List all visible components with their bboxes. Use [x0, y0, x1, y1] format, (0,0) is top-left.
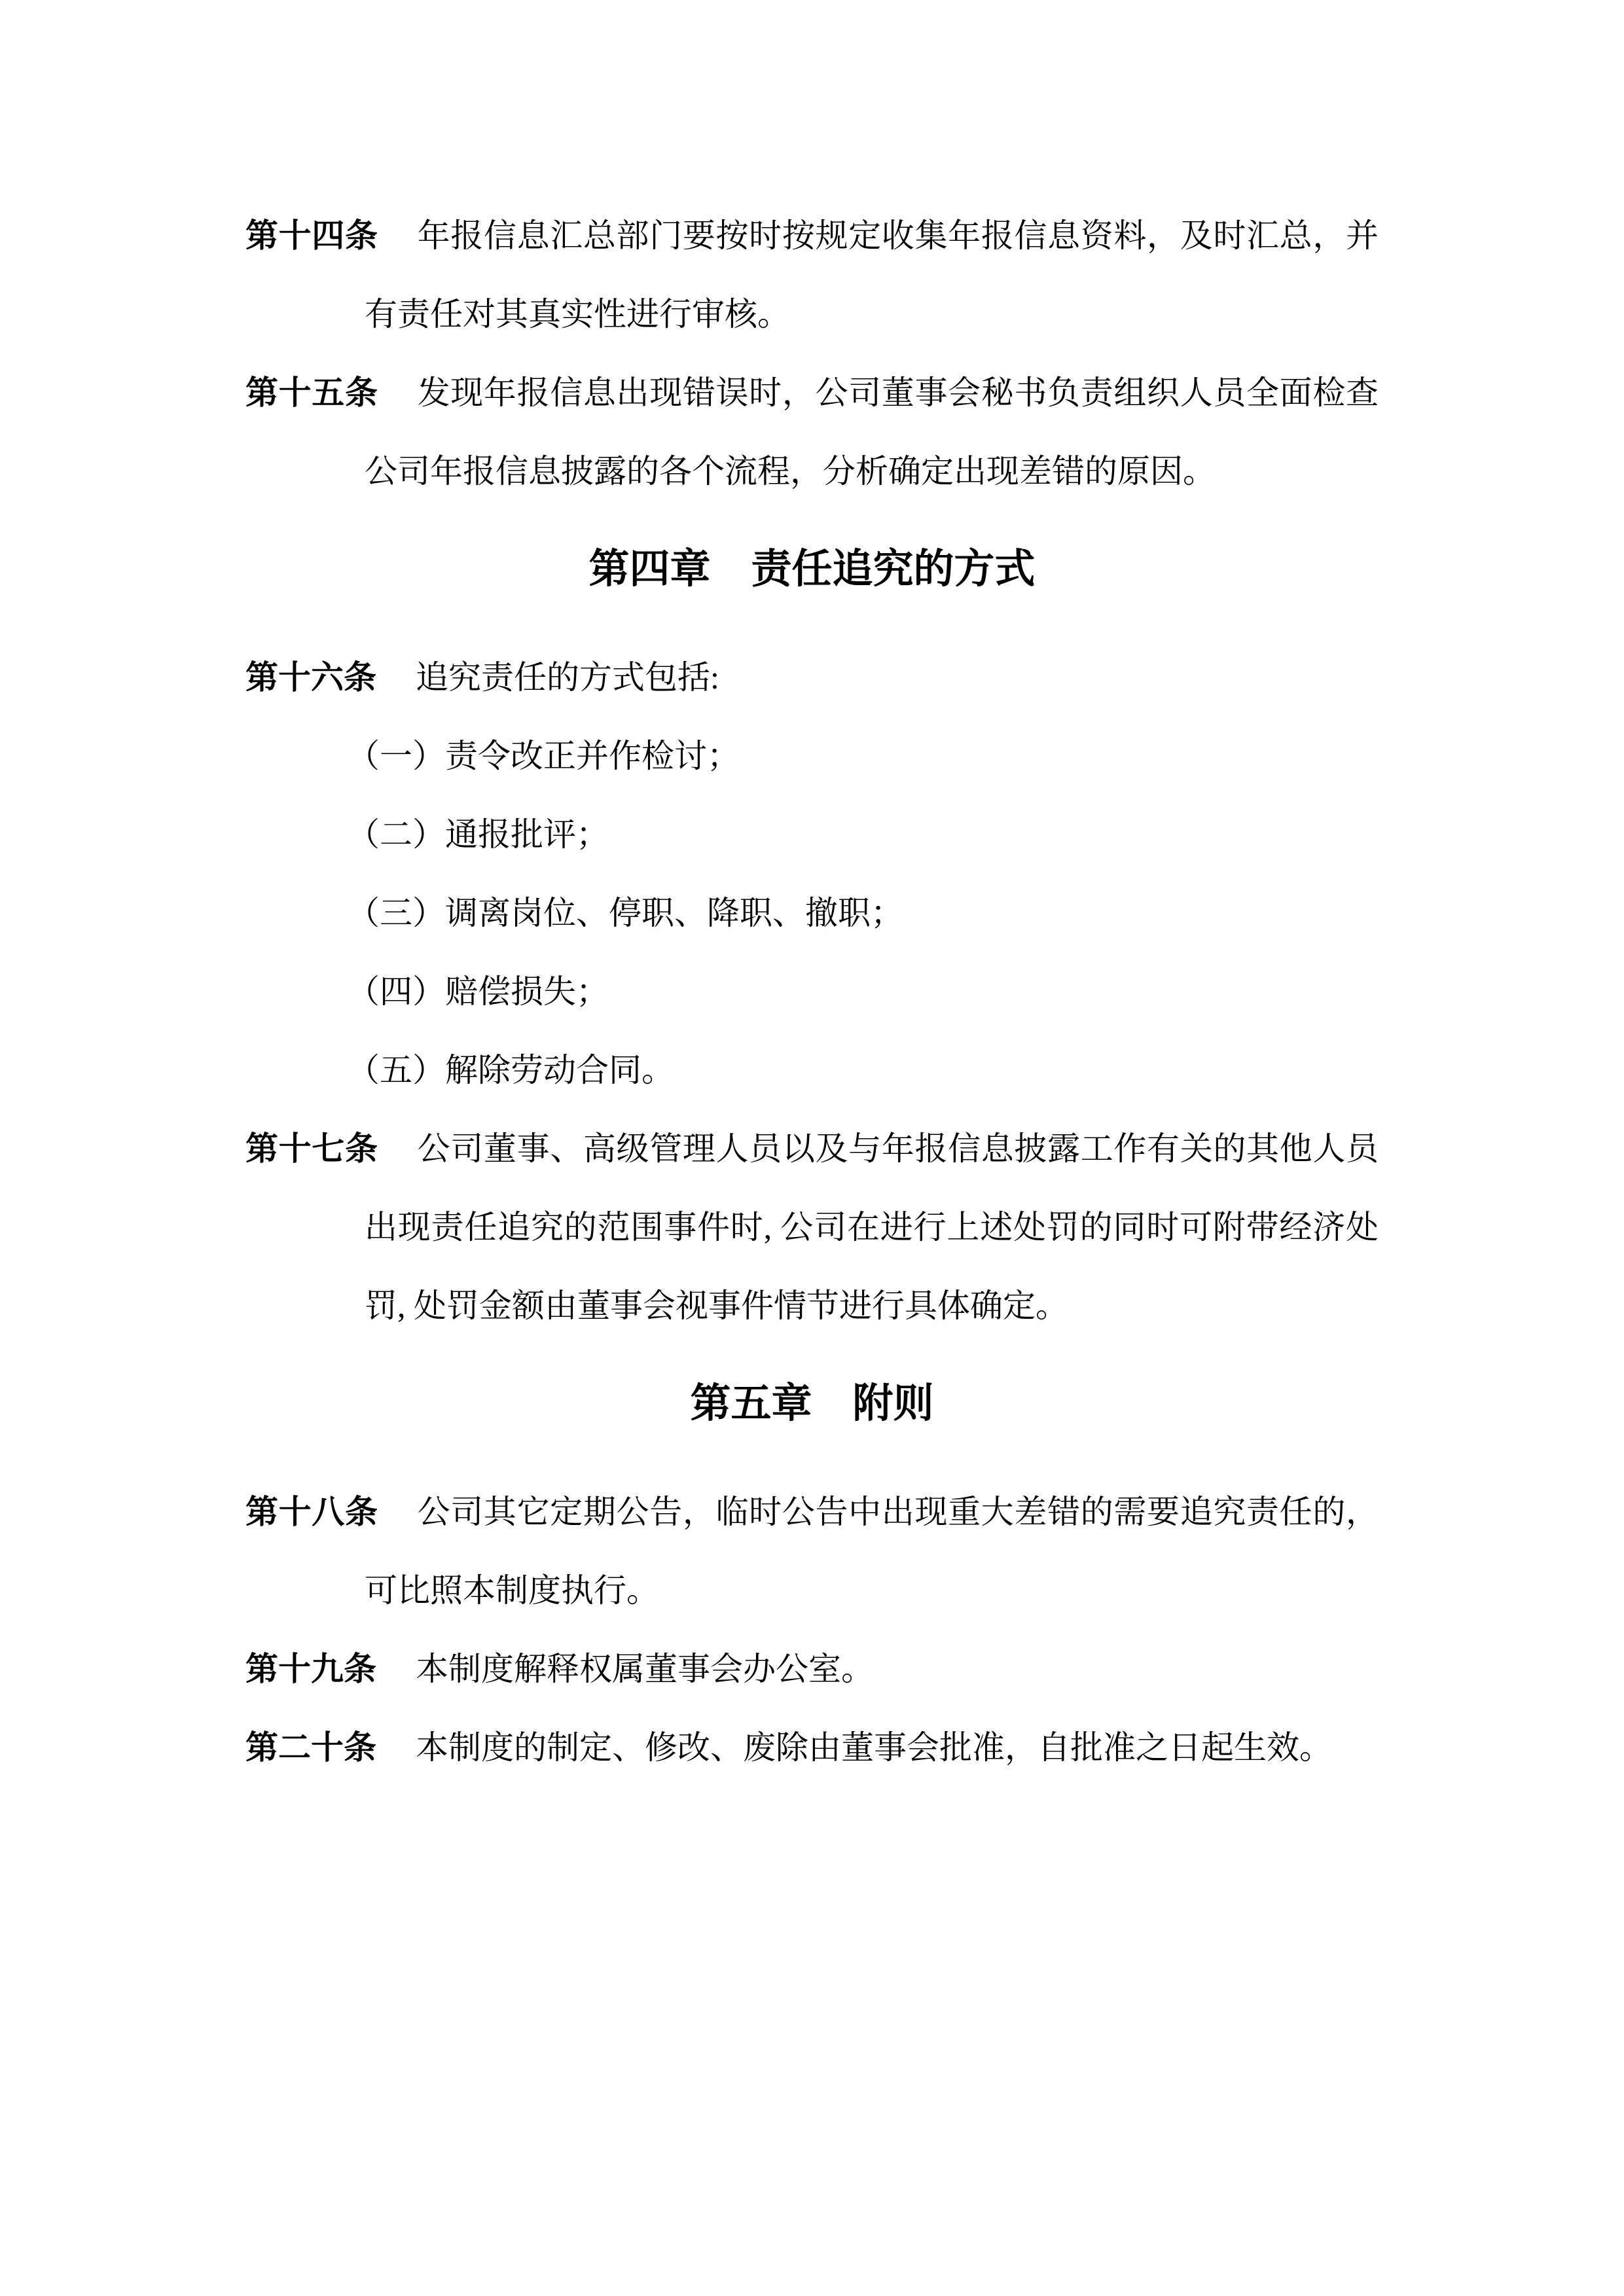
list-item-2: （二）通报批评；	[347, 795, 1379, 874]
article-17-number-label: 第十七条	[245, 1130, 378, 1167]
chapter-5-title: 附则	[853, 1381, 934, 1426]
article-17-continuation-line: 出现责任追究的范围事件时, 公司在进行上述处罚的同时可附带经济处	[365, 1188, 1379, 1266]
article-14: 第十四条年报信息汇总部门要按时按规定收集年报信息资料，及时汇总，并 有责任对其真…	[245, 196, 1379, 353]
article-18-continuation-line: 可比照本制度执行。	[365, 1551, 1379, 1630]
article-19-first-line: 第十九条本制度解释权属董事会办公室。	[245, 1630, 1379, 1708]
article-19-number-label: 第十九条	[245, 1651, 376, 1687]
article-15-continuation-line: 公司年报信息披露的各个流程，分析确定出现差错的原因。	[365, 432, 1379, 511]
article-14-first-line: 第十四条年报信息汇总部门要按时按规定收集年报信息资料，及时汇总，并	[245, 196, 1379, 275]
document-page: 第十四条年报信息汇总部门要按时按规定收集年报信息资料，及时汇总，并 有责任对其真…	[0, 0, 1624, 2296]
article-17-text: 公司董事、高级管理人员以及与年报信息披露工作有关的其他人员	[418, 1130, 1379, 1167]
chapter-4-title: 责任追究的方式	[751, 547, 1036, 592]
article-16-number-label: 第十六条	[245, 659, 376, 696]
article-17: 第十七条公司董事、高级管理人员以及与年报信息披露工作有关的其他人员 出现责任追究…	[245, 1109, 1379, 1345]
list-item-1: （一）责令改正并作检讨；	[347, 717, 1379, 795]
document-content: 第十四条年报信息汇总部门要按时按规定收集年报信息资料，及时汇总，并 有责任对其真…	[245, 196, 1379, 1787]
article-20: 第二十条本制度的制定、修改、废除由董事会批准，自批准之日起生效。	[245, 1708, 1379, 1787]
article-18-text: 公司其它定期公告，临时公告中出现重大差错的需要追究责任的，	[418, 1494, 1379, 1530]
article-19: 第十九条本制度解释权属董事会办公室。	[245, 1630, 1379, 1708]
article-17-continuation-line-2: 罚, 处罚金额由董事会视事件情节进行具体确定。	[365, 1266, 1379, 1345]
article-18-number-label: 第十八条	[245, 1494, 378, 1530]
article-15: 第十五条发现年报信息出现错误时，公司董事会秘书负责组织人员全面检查 公司年报信息…	[245, 353, 1379, 511]
article-16-first-line: 第十六条追究责任的方式包括:	[245, 638, 1379, 717]
article-15-text: 发现年报信息出现错误时，公司董事会秘书负责组织人员全面检查	[418, 374, 1379, 411]
article-17-first-line: 第十七条公司董事、高级管理人员以及与年报信息披露工作有关的其他人员	[245, 1109, 1379, 1188]
article-14-number-label: 第十四条	[245, 217, 378, 254]
list-item-3: （三）调离岗位、停职、降职、撤职；	[347, 874, 1379, 952]
article-18: 第十八条公司其它定期公告，临时公告中出现重大差错的需要追究责任的， 可比照本制度…	[245, 1473, 1379, 1630]
chapter-4-number: 第四章	[588, 547, 710, 592]
article-20-text: 本制度的制定、修改、废除由董事会批准，自批准之日起生效。	[416, 1729, 1332, 1766]
chapter-5-heading: 第五章附则	[245, 1365, 1379, 1443]
list-item-4: （四）赔偿损失；	[347, 952, 1379, 1031]
chapter-4-heading: 第四章责任追究的方式	[245, 530, 1379, 609]
list-item-5: （五）解除劳动合同。	[347, 1031, 1379, 1109]
article-19-text: 本制度解释权属董事会办公室。	[416, 1651, 874, 1687]
article-15-number-label: 第十五条	[245, 374, 378, 411]
article-16: 第十六条追究责任的方式包括:	[245, 638, 1379, 717]
article-20-number-label: 第二十条	[245, 1729, 376, 1766]
chapter-5-number: 第五章	[690, 1381, 812, 1426]
article-18-first-line: 第十八条公司其它定期公告，临时公告中出现重大差错的需要追究责任的，	[245, 1473, 1379, 1551]
article-16-text: 追究责任的方式包括:	[416, 659, 719, 696]
punishment-method-list: （一）责令改正并作检讨； （二）通报批评； （三）调离岗位、停职、降职、撤职； …	[245, 717, 1379, 1109]
article-14-text: 年报信息汇总部门要按时按规定收集年报信息资料，及时汇总，并	[418, 217, 1379, 254]
article-14-continuation-line: 有责任对其真实性进行审核。	[365, 275, 1379, 353]
article-20-first-line: 第二十条本制度的制定、修改、废除由董事会批准，自批准之日起生效。	[245, 1708, 1379, 1787]
article-15-first-line: 第十五条发现年报信息出现错误时，公司董事会秘书负责组织人员全面检查	[245, 353, 1379, 432]
